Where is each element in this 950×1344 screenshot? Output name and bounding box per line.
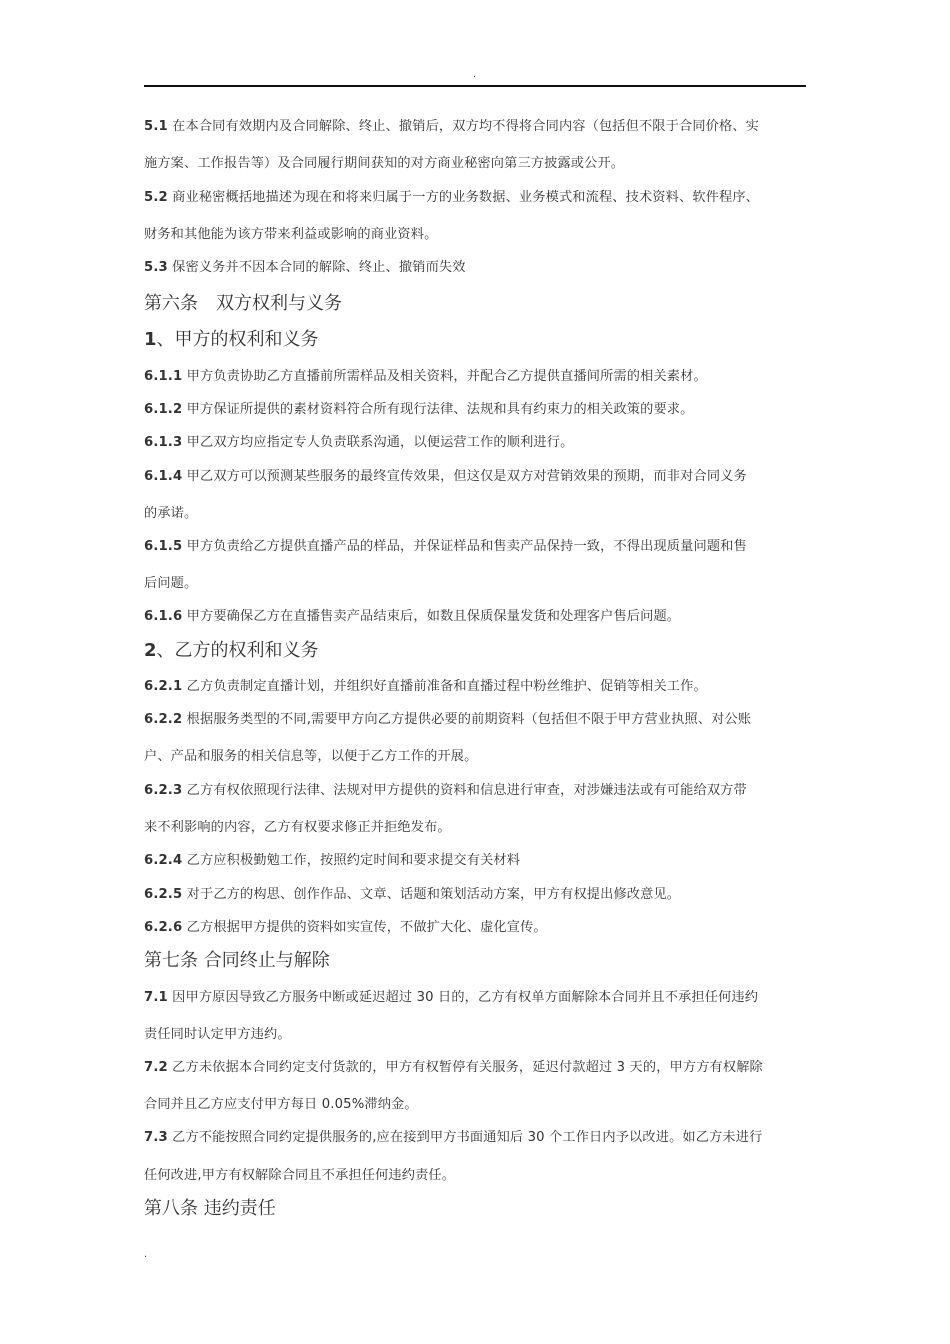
clause-6-1-3: 6.1.3 甲乙双方均应指定专人负责联系沟通，以便运营工作的顺利进行。 bbox=[144, 433, 573, 453]
document-page: . 5.1 在本合同有效期内及合同解除、终止、撤销后，双方均不得将合同内容（包括… bbox=[0, 0, 950, 1344]
clause-text: 根据服务类型的不同,需要甲方向乙方提供必要的前期资料（包括但不限于甲方营业执照、… bbox=[182, 712, 751, 727]
clause-number: 6.1.2 bbox=[144, 402, 182, 417]
clause-6-2-6: 6.2.6 乙方根据甲方提供的资料如实宣传，不做扩大化、虚化宣传。 bbox=[144, 918, 547, 938]
clause-text: 因甲方原因导致乙方服务中断或延迟超过 30 日的，乙方有权单方面解除本合同并且不… bbox=[168, 990, 758, 1005]
clause-number: 7.2 bbox=[144, 1060, 168, 1075]
clause-number: 5.1 bbox=[144, 119, 168, 134]
clause-6-2-3-line-2: 来不利影响的内容，乙方有权要求修正并拒绝发布。 bbox=[144, 818, 451, 838]
clause-number: 6.1.1 bbox=[144, 369, 182, 384]
clause-text: 商业秘密概括地描述为现在和将来归属于一方的业务数据、业务模式和流程、技术资料、软… bbox=[168, 190, 759, 205]
clause-5-1-line-2: 施方案、工作报告等）及合同履行期间获知的对方商业秘密向第三方披露或公开。 bbox=[144, 154, 624, 174]
article-7-heading: 第七条 合同终止与解除 bbox=[144, 949, 330, 973]
clause-text: 甲乙双方均应指定专人负责联系沟通，以便运营工作的顺利进行。 bbox=[182, 435, 573, 450]
clause-7-3-line-2: 任何改进,甲方有权解除合同且不承担任何违约责任。 bbox=[144, 1166, 455, 1186]
clause-text: 乙方根据甲方提供的资料如实宣传，不做扩大化、虚化宣传。 bbox=[182, 920, 546, 935]
clause-text: 甲乙双方可以预测某些服务的最终宣传效果，但这仅是双方对营销效果的预期，而非对合同… bbox=[182, 469, 747, 484]
clause-number: 6.2.5 bbox=[144, 887, 182, 902]
clause-text: 乙方不能按照合同约定提供服务的,应在接到甲方书面通知后 30 个工作日内予以改进… bbox=[168, 1130, 763, 1145]
clause-text: 甲方负责给乙方提供直播产品的样品，并保证样品和售卖产品保持一致，不得出现质量问题… bbox=[182, 539, 747, 554]
clause-text: 对于乙方的构思、创作作品、文章、话题和策划活动方案，甲方有权提出修改意见。 bbox=[182, 887, 680, 902]
clause-5-2-line-1: 5.2 商业秘密概括地描述为现在和将来归属于一方的业务数据、业务模式和流程、技术… bbox=[144, 188, 759, 208]
clause-6-2-1: 6.2.1 乙方负责制定直播计划，并组织好直播前准备和直播过程中粉丝维护、促销等… bbox=[144, 677, 707, 697]
clause-number: 7.3 bbox=[144, 1130, 168, 1145]
footer-mark: . bbox=[144, 1250, 147, 1260]
clause-text: 甲方保证所提供的素材资料符合所有现行法律、法规和具有约束力的相关政策的要求。 bbox=[182, 402, 693, 417]
clause-number: 6.1.3 bbox=[144, 435, 182, 450]
clause-number: 6.2.3 bbox=[144, 783, 182, 798]
article-6-heading: 第六条 双方权利与义务 bbox=[144, 292, 342, 316]
clause-6-2-2-line-2: 户、产品和服务的相关信息等，以便于乙方工作的开展。 bbox=[144, 747, 477, 767]
clause-text: 乙方未依据本合同约定支付货款的，甲方有权暂停有关服务，延迟付款超过 3 天的，甲… bbox=[168, 1060, 763, 1075]
clause-7-1-line-1: 7.1 因甲方原因导致乙方服务中断或延迟超过 30 日的，乙方有权单方面解除本合… bbox=[144, 988, 758, 1008]
section-title: 、乙方的权利和义务 bbox=[157, 640, 319, 661]
clause-text: 保密义务并不因本合同的解除、终止、撤销而失效 bbox=[168, 260, 466, 275]
clause-number: 6.2.4 bbox=[144, 853, 182, 868]
clause-6-2-2-line-1: 6.2.2 根据服务类型的不同,需要甲方向乙方提供必要的前期资料（包括但不限于甲… bbox=[144, 710, 751, 730]
header-mark: . bbox=[473, 70, 476, 80]
header-rule bbox=[144, 85, 806, 87]
clause-6-1-1: 6.1.1 甲方负责协助乙方直播前所需样品及相关资料，并配合乙方提供直播间所需的… bbox=[144, 367, 707, 387]
clause-text: 甲方要确保乙方在直播售卖产品结束后，如数且保质保量发货和处理客户售后问题。 bbox=[182, 609, 680, 624]
clause-text: 乙方有权依照现行法律、法规对甲方提供的资料和信息进行审查，对涉嫌违法或有可能给双… bbox=[182, 783, 747, 798]
clause-text: 乙方应积极勤勉工作，按照约定时间和要求提交有关材料 bbox=[182, 853, 520, 868]
clause-7-3-line-1: 7.3 乙方不能按照合同约定提供服务的,应在接到甲方书面通知后 30 个工作日内… bbox=[144, 1128, 762, 1148]
clause-6-2-3-line-1: 6.2.3 乙方有权依照现行法律、法规对甲方提供的资料和信息进行审查，对涉嫌违法… bbox=[144, 781, 747, 801]
clause-6-1-4-line-2: 的承诺。 bbox=[144, 504, 197, 524]
clause-number: 6.2.6 bbox=[144, 920, 182, 935]
clause-5-3: 5.3 保密义务并不因本合同的解除、终止、撤销而失效 bbox=[144, 258, 466, 278]
clause-number: 6.1.4 bbox=[144, 469, 182, 484]
clause-6-1-2: 6.1.2 甲方保证所提供的素材资料符合所有现行法律、法规和具有约束力的相关政策… bbox=[144, 400, 693, 420]
section-2-heading: 2、乙方的权利和义务 bbox=[144, 639, 319, 663]
clause-7-2-line-2: 合同并且乙方应支付甲方每日 0.05%滞纳金。 bbox=[144, 1095, 418, 1115]
clause-6-1-4-line-1: 6.1.4 甲乙双方可以预测某些服务的最终宣传效果，但这仅是双方对营销效果的预期… bbox=[144, 467, 747, 487]
clause-number: 6.2.2 bbox=[144, 712, 182, 727]
clause-number: 7.1 bbox=[144, 990, 168, 1005]
clause-6-1-5-line-1: 6.1.5 甲方负责给乙方提供直播产品的样品，并保证样品和售卖产品保持一致，不得… bbox=[144, 537, 747, 557]
section-number: 2 bbox=[144, 640, 157, 661]
clause-number: 5.2 bbox=[144, 190, 168, 205]
clause-6-1-6: 6.1.6 甲方要确保乙方在直播售卖产品结束后，如数且保质保量发货和处理客户售后… bbox=[144, 607, 680, 627]
clause-6-2-5: 6.2.5 对于乙方的构思、创作作品、文章、话题和策划活动方案，甲方有权提出修改… bbox=[144, 885, 680, 905]
clause-7-2-line-1: 7.2 乙方未依据本合同约定支付货款的，甲方有权暂停有关服务，延迟付款超过 3 … bbox=[144, 1058, 763, 1078]
clause-number: 6.2.1 bbox=[144, 679, 182, 694]
clause-text: 乙方负责制定直播计划，并组织好直播前准备和直播过程中粉丝维护、促销等相关工作。 bbox=[182, 679, 707, 694]
article-8-heading: 第八条 违约责任 bbox=[144, 1197, 276, 1221]
clause-text: 在本合同有效期内及合同解除、终止、撤销后，双方均不得将合同内容（包括但不限于合同… bbox=[168, 119, 759, 134]
clause-6-2-4: 6.2.4 乙方应积极勤勉工作，按照约定时间和要求提交有关材料 bbox=[144, 851, 520, 871]
clause-6-1-5-line-2: 后问题。 bbox=[144, 574, 197, 594]
clause-7-1-line-2: 责任同时认定甲方违约。 bbox=[144, 1025, 291, 1045]
clause-number: 5.3 bbox=[144, 260, 168, 275]
clause-5-2-line-2: 财务和其他能为该方带来利益或影响的商业资料。 bbox=[144, 225, 437, 245]
section-1-heading: 1、甲方的权利和义务 bbox=[144, 328, 319, 352]
clause-number: 6.1.5 bbox=[144, 539, 182, 554]
clause-number: 6.1.6 bbox=[144, 609, 182, 624]
section-number: 1 bbox=[144, 329, 157, 350]
clause-5-1-line-1: 5.1 在本合同有效期内及合同解除、终止、撤销后，双方均不得将合同内容（包括但不… bbox=[144, 117, 759, 137]
clause-text: 甲方负责协助乙方直播前所需样品及相关资料，并配合乙方提供直播间所需的相关素材。 bbox=[182, 369, 707, 384]
section-title: 、甲方的权利和义务 bbox=[157, 329, 319, 350]
